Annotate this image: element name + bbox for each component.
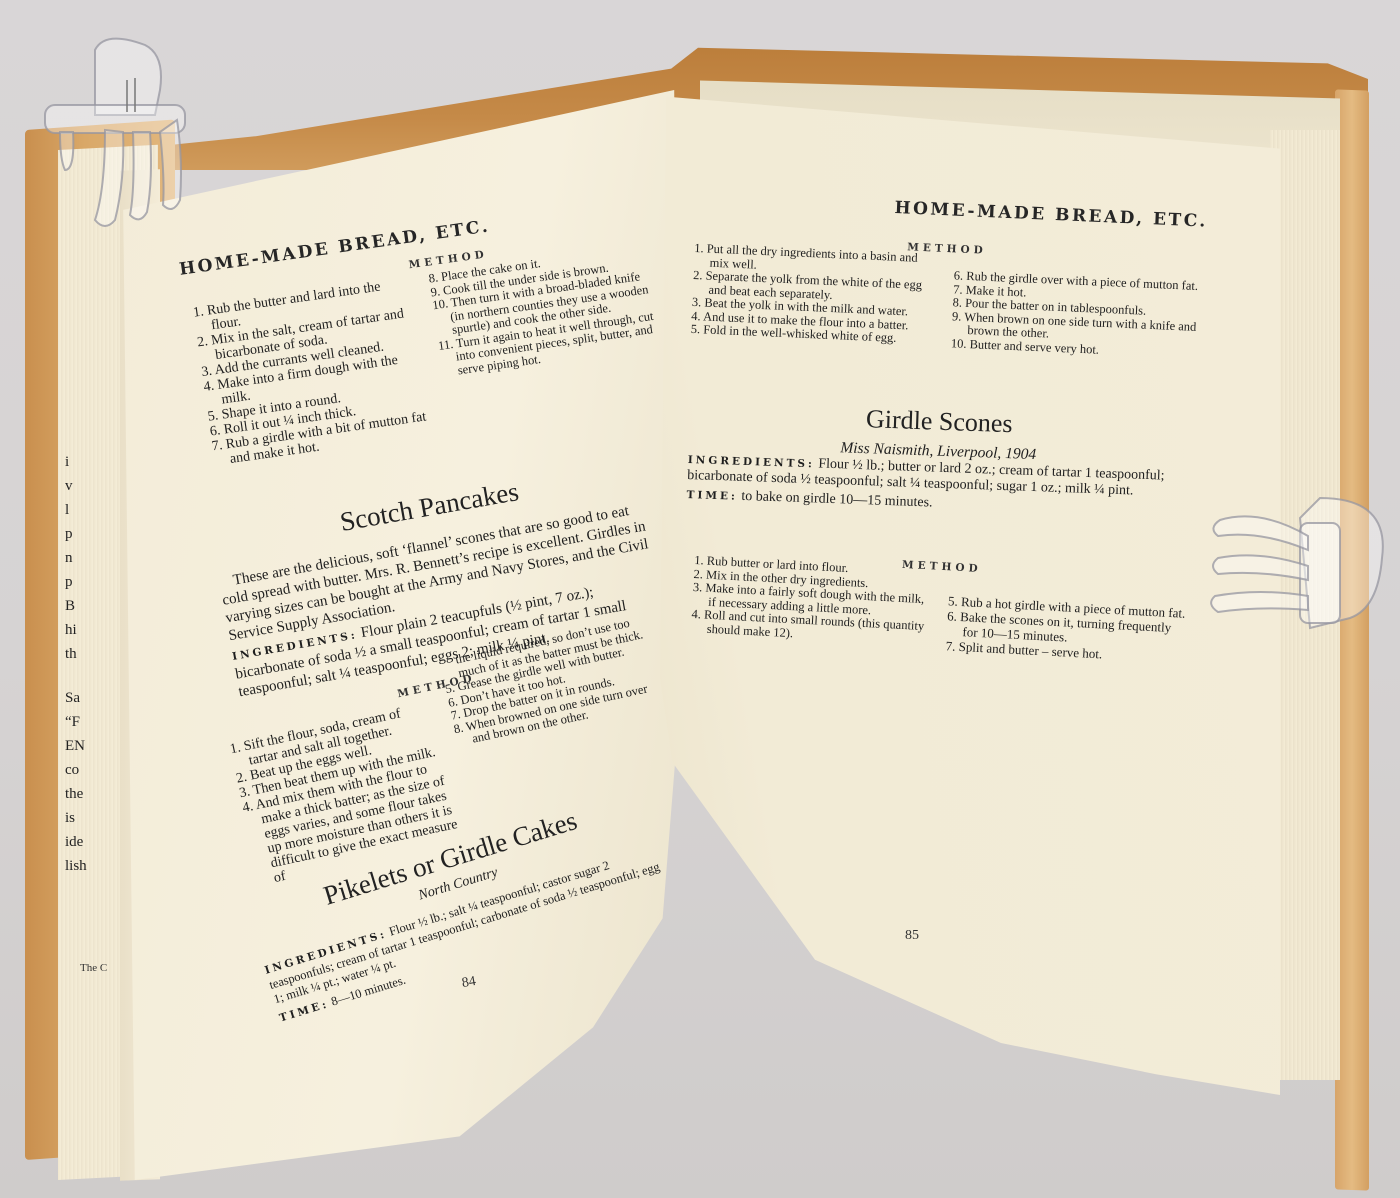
strip-line: Sa bbox=[65, 686, 105, 710]
strip-line: l bbox=[65, 498, 105, 522]
book-cover-right bbox=[1335, 89, 1369, 1190]
photo-scene: i v l p n p B hi th Sa “F EN co the is i… bbox=[0, 0, 1400, 1198]
strip-line: co bbox=[65, 758, 105, 782]
strip-line: “F bbox=[65, 710, 105, 734]
clear-clip-right-icon bbox=[1200, 478, 1400, 638]
method-steps-col2: 5. Rub a hot girdle with a piece of mutt… bbox=[945, 593, 1187, 665]
time-label: TIME: bbox=[686, 489, 738, 503]
previous-page-strip: i v l p n p B hi th Sa “F EN co the is i… bbox=[65, 450, 105, 990]
strip-line: i bbox=[65, 450, 105, 474]
strip-line: lish bbox=[65, 854, 105, 878]
strip-line: ide bbox=[65, 830, 105, 854]
method-steps-col2: 8. Place the cake on it. 9. Cook till th… bbox=[428, 242, 671, 436]
strip-line: p bbox=[65, 570, 105, 594]
strip-line: B bbox=[65, 594, 105, 618]
method-steps-col2: 6. Rub the girdle over with a piece of m… bbox=[951, 269, 1199, 361]
strip-line: hi bbox=[65, 618, 105, 642]
girdle-scones-section: Girdle Scones Miss Naismith, Liverpool, … bbox=[686, 398, 1189, 521]
strip-line: n bbox=[65, 546, 105, 570]
right-first-method: METHOD 1. Put all the dry ingredients in… bbox=[690, 232, 1199, 361]
strip-line: the bbox=[65, 782, 105, 806]
strip-line: is bbox=[65, 806, 105, 830]
strip-line: th bbox=[65, 642, 105, 666]
strip-line: p bbox=[65, 522, 105, 546]
method-steps-col1: 1. Put all the dry ingredients into a ba… bbox=[690, 242, 938, 350]
strip-line: v bbox=[65, 474, 105, 498]
method-steps-col1: 1. Rub the butter and lard into the flou… bbox=[192, 275, 435, 469]
previous-page-footer: The C bbox=[80, 962, 107, 974]
page-number-left: 84 bbox=[461, 974, 478, 992]
method-steps-col1: 1. Rub butter or lard into flour. 2. Mix… bbox=[690, 554, 934, 652]
page-number-right: 85 bbox=[905, 928, 919, 944]
clear-clip-top-left-icon bbox=[35, 20, 215, 240]
strip-line: EN bbox=[65, 734, 105, 758]
